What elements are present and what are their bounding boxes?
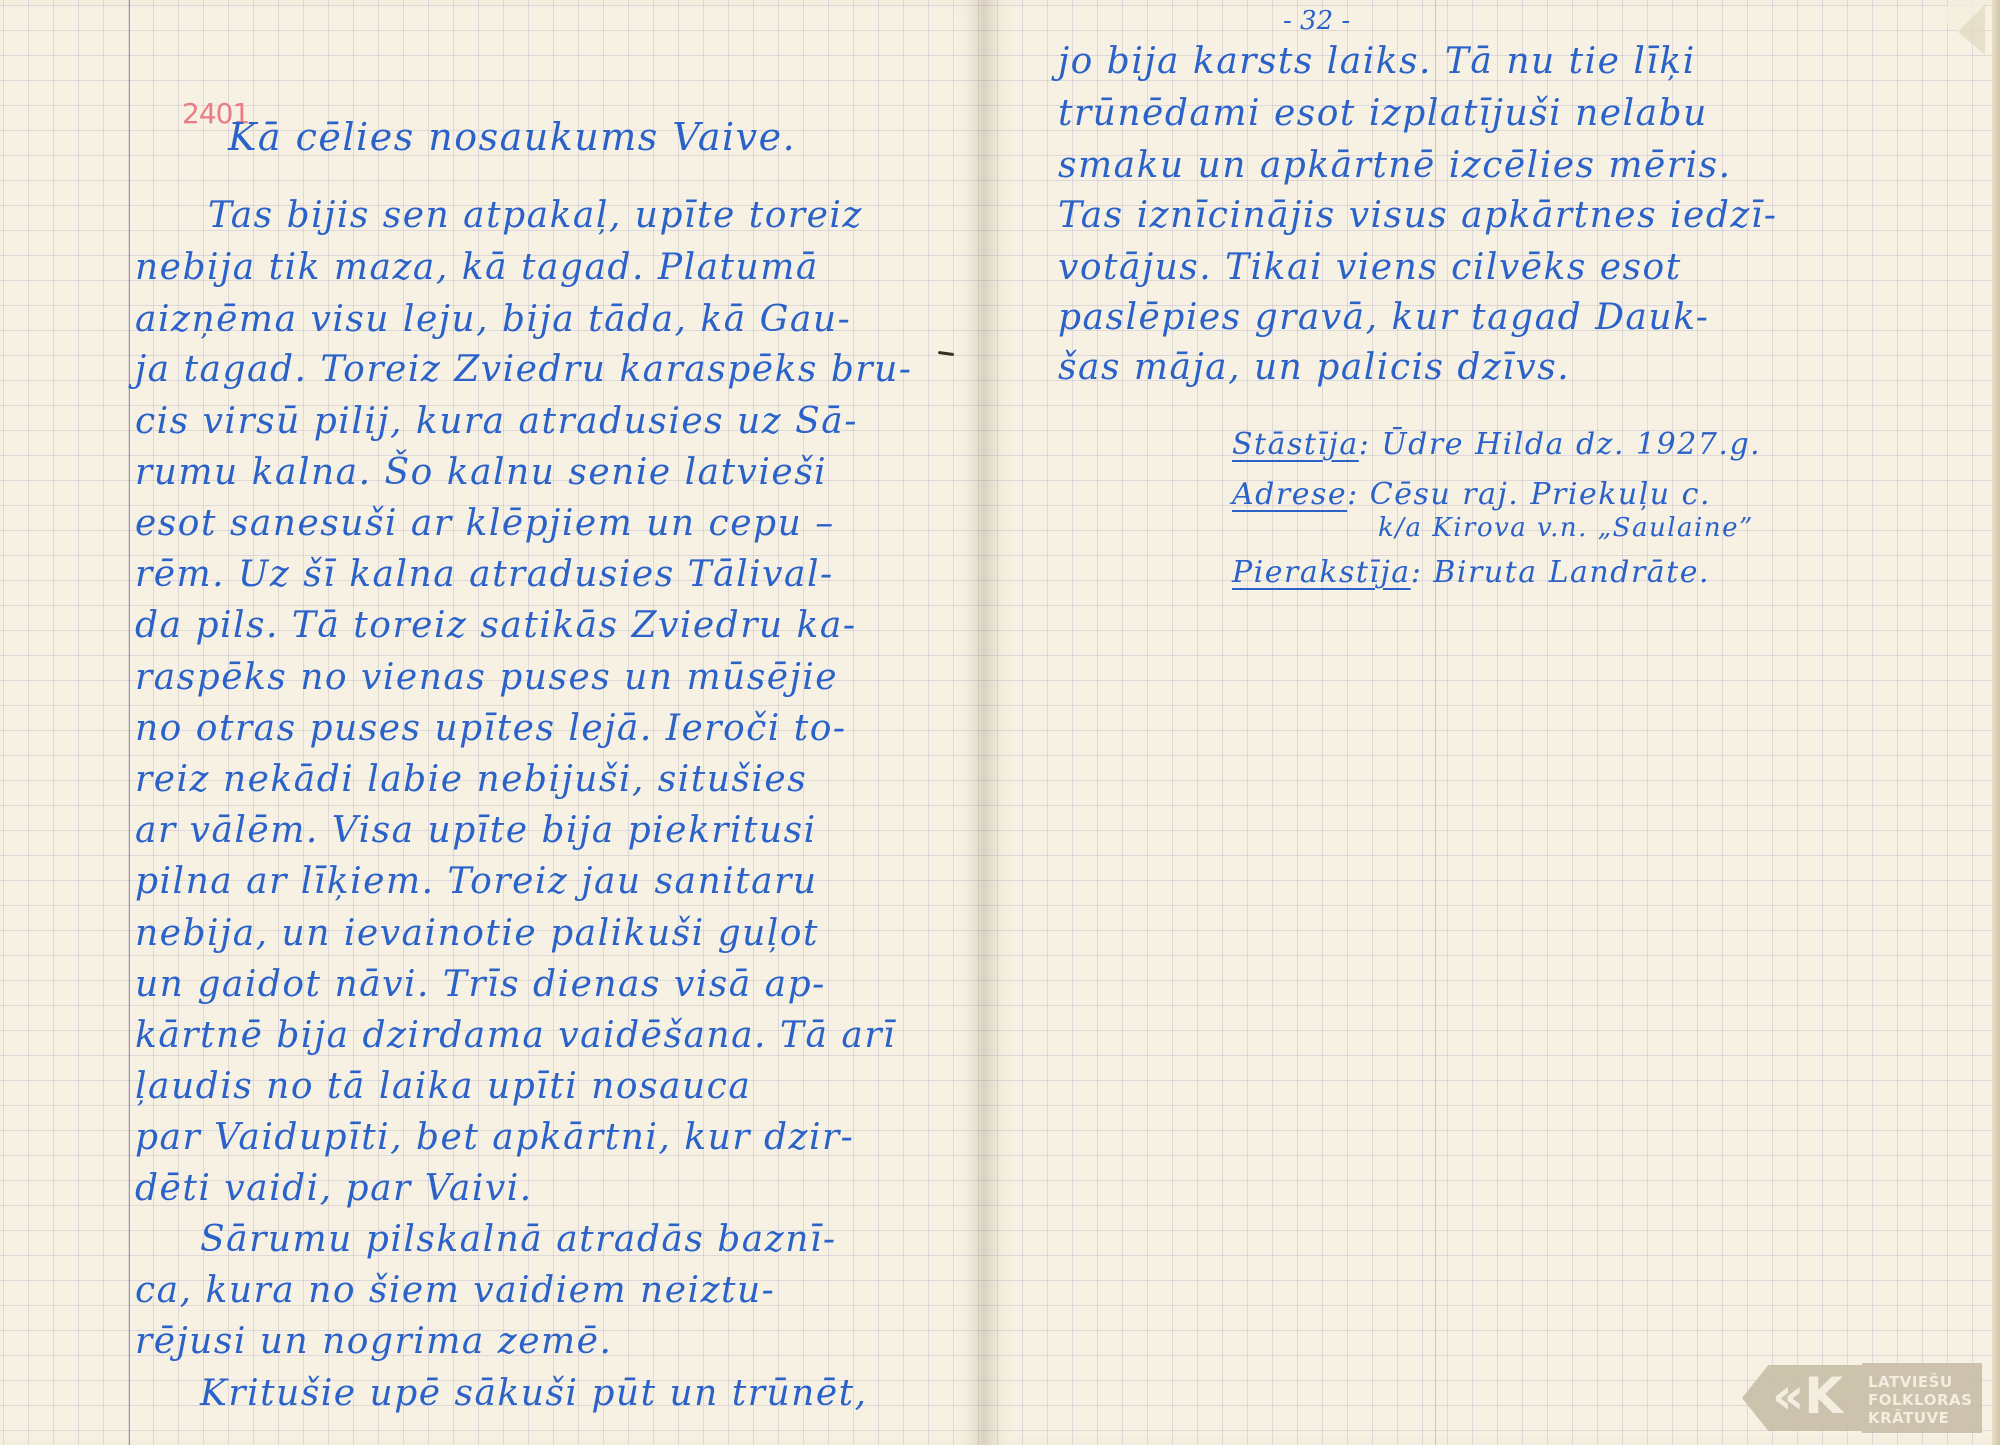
left-line: Kritušie upē sākuši pūt un trūnēt, <box>200 1376 868 1412</box>
left-line: cis virsū pilij, kura atradusies uz Sā- <box>135 404 858 440</box>
left-line: pilna ar līķiem. Toreiz jau sanitaru <box>135 864 818 900</box>
left-line: ar vālēm. Visa upīte bija piekritusi <box>135 813 817 849</box>
left-line: aizņēma visu leju, bija tāda, kā Gau- <box>135 302 851 338</box>
story-title: Kā cēlies nosaukums Vaive. <box>228 118 796 156</box>
logo-line-2: FOLKLORAS <box>1868 1391 1972 1409</box>
page-number: - 32 - <box>1283 6 1350 36</box>
left-line: esot sanesuši ar klēpjiem un cepu – <box>135 506 835 542</box>
left-line: nebija, un ievainotie palikuši guļot <box>135 916 819 952</box>
left-line: un gaidot nāvi. Trīs dienas visā ap- <box>135 967 826 1003</box>
lfk-logo-text: LATVIEŠU FOLKLORAS KRĀTUVE <box>1862 1363 1982 1433</box>
recorder-row: Pierakstīja: Biruta Landrāte. <box>1232 558 1710 588</box>
left-line: da pils. Tā toreiz satikās Zviedru ka- <box>135 608 857 644</box>
left-line: reiz nekādi labie nebijuši, situšies <box>135 762 807 798</box>
lfk-logo-mark-icon: «K <box>1742 1365 1862 1431</box>
left-line: rējusi un nogrima zemē. <box>135 1324 612 1360</box>
left-line: dēti vaidi, par Vaivi. <box>135 1171 533 1207</box>
logo-line-3: KRĀTUVE <box>1868 1409 1972 1427</box>
right-line: smaku un apkārtnē izcēlies mēris. <box>1058 148 1732 184</box>
left-line: rumu kalna. Šo kalnu senie latvieši <box>135 455 827 491</box>
lfk-logo-glyph: «K <box>1772 1371 1843 1421</box>
right-line: Tas iznīcinājis visus apkārtnes iedzī- <box>1058 198 1778 234</box>
left-line: Sārumu pilskalnā atradās baznī- <box>200 1222 837 1258</box>
recorder-value: : Biruta Landrāte. <box>1411 555 1710 590</box>
notebook-edge <box>1992 0 2000 1445</box>
right-line: paslēpies gravā, kur tagad Dauk- <box>1058 300 1709 336</box>
recorder-label: Pierakstīja <box>1232 555 1411 590</box>
left-line: kārtnē bija dzirdama vaidēšana. Tā arī <box>135 1018 896 1054</box>
narrator-value: : Ūdre Hilda dz. 1927.g. <box>1359 427 1761 462</box>
right-line: trūnēdami esot izplatījuši nelabu <box>1058 96 1708 132</box>
left-line: no otras puses upītes lejā. Ieroči to- <box>135 711 847 747</box>
left-line: rēm. Uz šī kalna atradusies Tālival- <box>135 557 834 593</box>
left-line: Tas bijis sen atpakaļ, upīte toreiz <box>208 198 863 234</box>
left-line: ca, kura no šiem vaidiem neiztu- <box>135 1273 775 1309</box>
notebook-spread: 2401 Kā cēlies nosaukums Vaive. Tas biji… <box>0 0 2000 1445</box>
left-line: ļaudis no tā laika upīti nosauca <box>135 1069 751 1105</box>
right-line: votājus. Tikai viens cilvēks esot <box>1058 250 1682 286</box>
left-line: ja tagad. Toreiz Zviedru karaspēks bru- <box>135 352 912 388</box>
left-line: nebija tik maza, kā tagad. Platumā <box>135 250 819 286</box>
lfk-watermark-logo: «K LATVIEŠU FOLKLORAS KRĀTUVE <box>1742 1365 1990 1431</box>
right-line: jo bija karsts laiks. Tā nu tie līķi <box>1058 44 1696 80</box>
address-value-line1: : Cēsu raj. Priekuļu c. <box>1347 477 1711 512</box>
narrator-label: Stāstīja <box>1232 427 1359 462</box>
narrator-row: Stāstīja: Ūdre Hilda dz. 1927.g. <box>1232 430 1761 460</box>
left-line: par Vaidupīti, bet apkārtni, kur dzir- <box>135 1120 854 1156</box>
left-margin-line <box>129 0 130 1445</box>
left-line: raspēks no vienas puses un mūsējie <box>135 660 838 696</box>
address-row: Adrese: Cēsu raj. Priekuļu c. <box>1232 480 1711 510</box>
address-value-line2: k/a Kirova v.n. „Saulaine” <box>1378 515 1754 541</box>
right-line: šas māja, un palicis dzīvs. <box>1058 350 1570 386</box>
logo-line-1: LATVIEŠU <box>1868 1373 1972 1391</box>
address-label: Adrese <box>1232 477 1347 512</box>
